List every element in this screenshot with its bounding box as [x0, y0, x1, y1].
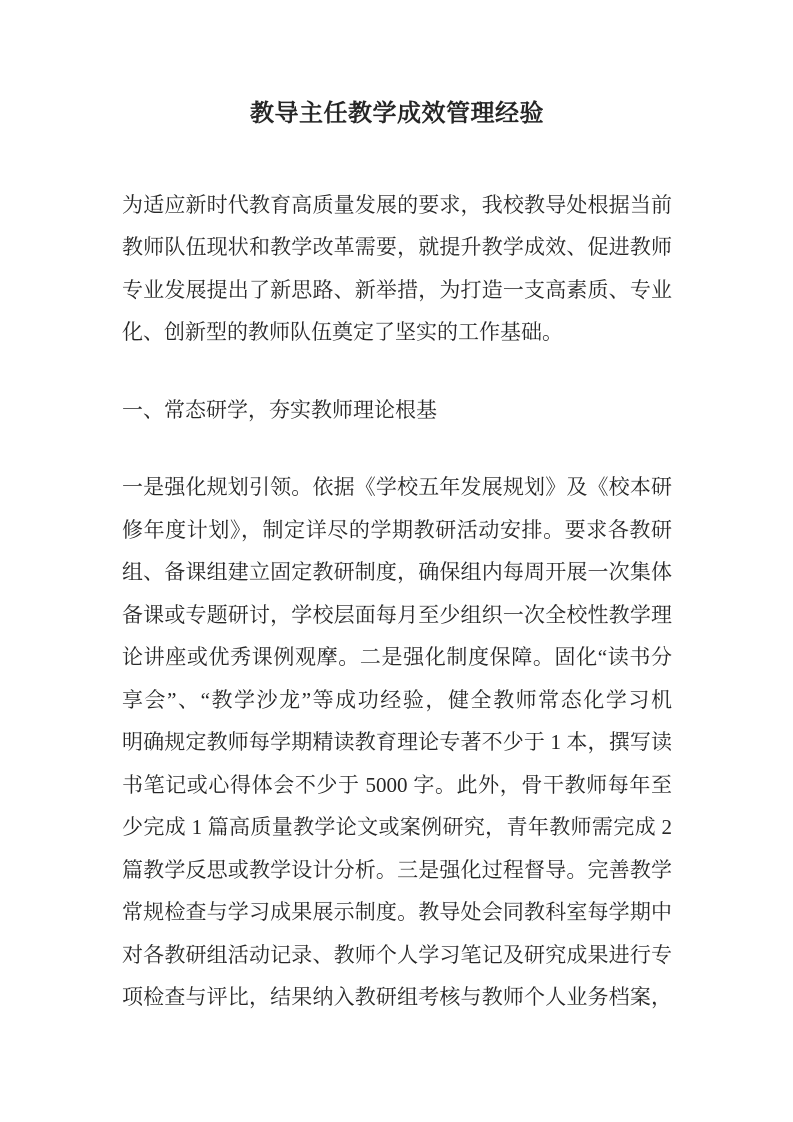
text-line: 备课或专题研讨，学校层面每月至少组织一次全校性教学理: [122, 594, 672, 637]
text-line: 明确规定教师每学期精读教育理论专著不少于 1 本，撰写读: [122, 721, 672, 764]
text-line: 化、创新型的教师队伍奠定了坚实的工作基础。: [122, 311, 672, 354]
intro-paragraph: 为适应新时代教育高质量发展的要求，我校教导处根据当前 教师队伍现状和教学改革需要…: [122, 184, 672, 354]
text-line: 篇教学反思或教学设计分析。三是强化过程督导。完善教学: [122, 849, 672, 892]
text-line: 组、备课组建立固定教研制度，确保组内每周开展一次集体: [122, 551, 672, 594]
document-page: 教导主任教学成效管理经验 为适应新时代教育高质量发展的要求，我校教导处根据当前 …: [0, 0, 793, 1122]
text-line: 论讲座或优秀课例观摩。二是强化制度保障。固化“读书分: [122, 636, 672, 679]
text-line: 享会”、“教学沙龙”等成功经验，健全教师常态化学习机制。: [122, 679, 672, 722]
text-line: 常规检查与学习成果展示制度。教导处会同教科室每学期中: [122, 891, 672, 934]
section-body-paragraph: 一是强化规划引领。依据《学校五年发展规划》及《校本研 修年度计划》，制定详尽的学…: [122, 466, 672, 1019]
text-line: 项检查与评比，结果纳入教研组考核与教师个人业务档案，: [122, 976, 672, 1019]
text-line: 书笔记或心得体会不少于 5000 字。此外，骨干教师每年至: [122, 764, 672, 807]
text-line: 一是强化规划引领。依据《学校五年发展规划》及《校本研: [122, 466, 672, 509]
page-content: 教导主任教学成效管理经验 为适应新时代教育高质量发展的要求，我校教导处根据当前 …: [0, 0, 793, 1019]
text-line: 教师队伍现状和教学改革需要，就提升教学成效、促进教师: [122, 226, 672, 269]
text-line: 对各教研组活动记录、教师个人学习笔记及研究成果进行专: [122, 934, 672, 977]
text-line: 修年度计划》，制定详尽的学期教研活动安排。要求各教研: [122, 509, 672, 552]
text-line: 专业发展提出了新思路、新举措，为打造一支高素质、专业: [122, 269, 672, 312]
text-line: 为适应新时代教育高质量发展的要求，我校教导处根据当前: [122, 184, 672, 227]
document-title: 教导主任教学成效管理经验: [122, 93, 672, 136]
text-line: 少完成 1 篇高质量教学论文或案例研究，青年教师需完成 2: [122, 806, 672, 849]
section-heading: 一、常态研学，夯实教师理论根基: [122, 389, 672, 432]
